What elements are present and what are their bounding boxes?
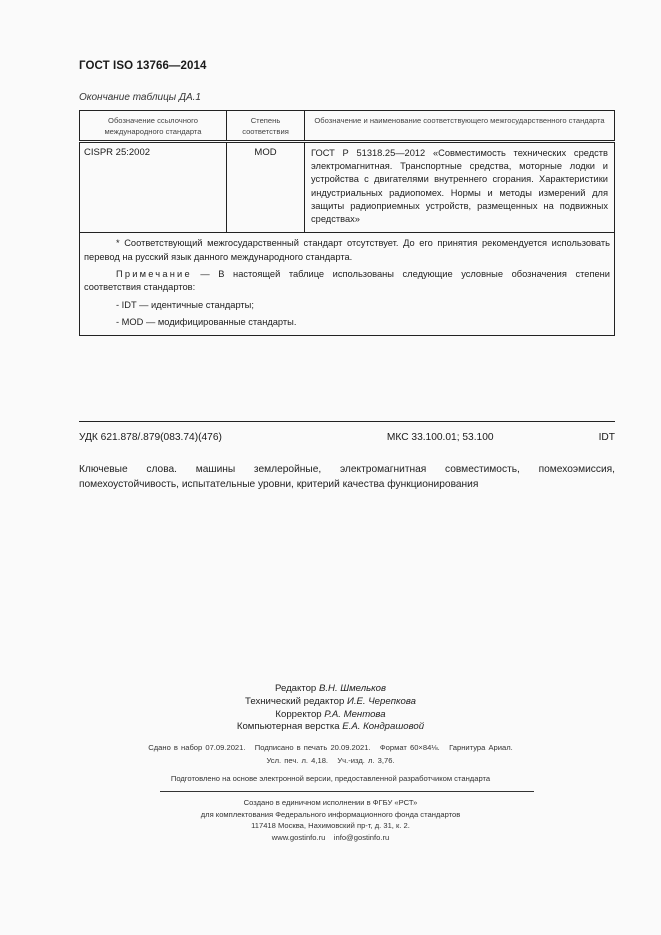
credit-corrector: Корректор Р.А. Ментова <box>0 709 661 722</box>
legend-mod: - MOD — модифицированные стандарты. <box>84 316 610 329</box>
credit-editor: Редактор В.Н. Шмельков <box>0 683 661 696</box>
credit-layout: Компьютерная верстка Е.А. Кондрашовой <box>0 721 661 734</box>
print-info: Сдано в набор 07.09.2021. Подписано в пе… <box>0 742 661 767</box>
credit-name: Е.А. Кондрашовой <box>342 721 424 732</box>
credit-role: Корректор <box>275 709 321 720</box>
credit-name: Р.А. Ментова <box>324 709 385 720</box>
correspondence-table: Обозначение ссылочного международного ст… <box>79 110 615 336</box>
publisher-line-1: Создано в единичном исполнении в ФГБУ «Р… <box>0 797 661 809</box>
cell-intl-standard: CISPR 25:2002 <box>80 142 227 233</box>
footnote: * Соответствующий межгосударственный ста… <box>84 237 610 264</box>
cell-degree: MOD <box>227 142 305 233</box>
mks-code: МКС 33.100.01; 53.100 <box>387 432 494 443</box>
table-notes-row: * Соответствующий межгосударственный ста… <box>80 233 615 335</box>
credit-name: И.Е. Черепкова <box>347 696 416 707</box>
table-row: CISPR 25:2002 MOD ГОСТ Р 51318.25—2012 «… <box>80 142 615 233</box>
publisher-address: 117418 Москва, Нахимовский пр-т, д. 31, … <box>0 820 661 832</box>
degree-code: IDT <box>599 432 615 443</box>
credit-tech-editor: Технический редактор И.Е. Черепкова <box>0 696 661 709</box>
cell-national-standard: ГОСТ Р 51318.25—2012 «Совместимость техн… <box>305 142 615 233</box>
keywords: Ключевые слова. машины землеройные, элек… <box>79 462 615 492</box>
header-intl-standard: Обозначение ссылочного международного ст… <box>80 111 227 142</box>
credit-role: Компьютерная верстка <box>237 721 340 732</box>
header-degree: Степень соответствия <box>227 111 305 142</box>
note: Примечание — В настоящей таблице использ… <box>84 268 610 295</box>
print-info-line-2: Усл. печ. л. 4,18. Уч.-изд. л. 3,76. <box>0 755 661 768</box>
publisher-info: Создано в единичном исполнении в ФГБУ «Р… <box>0 797 661 843</box>
credits: Редактор В.Н. Шмельков Технический редак… <box>0 683 661 734</box>
credit-role: Технический редактор <box>245 696 344 707</box>
prepared-note: Подготовлено на основе электронной верси… <box>0 774 661 783</box>
header-national-standard: Обозначение и наименование соответствующ… <box>305 111 615 142</box>
publisher-contacts: www.gostinfo.ru info@gostinfo.ru <box>0 832 661 844</box>
table-header-row: Обозначение ссылочного международного ст… <box>80 111 615 142</box>
table-caption: Окончание таблицы ДА.1 <box>79 92 201 103</box>
document-code: ГОСТ ISO 13766—2014 <box>79 60 207 72</box>
divider <box>79 421 615 422</box>
legend-idt: - IDT — идентичные стандарты; <box>84 299 610 312</box>
note-label: Примечание <box>116 269 192 279</box>
divider <box>160 791 534 792</box>
publisher-line-2: для комплектования Федерального информац… <box>0 809 661 821</box>
print-info-line-1: Сдано в набор 07.09.2021. Подписано в пе… <box>0 742 661 755</box>
udk-code: УДК 621.878/.879(083.74)(476) <box>79 432 222 443</box>
classification-row: УДК 621.878/.879(083.74)(476) МКС 33.100… <box>79 432 615 443</box>
credit-name: В.Н. Шмельков <box>319 683 386 694</box>
credit-role: Редактор <box>275 683 316 694</box>
table-notes: * Соответствующий межгосударственный ста… <box>80 233 615 335</box>
